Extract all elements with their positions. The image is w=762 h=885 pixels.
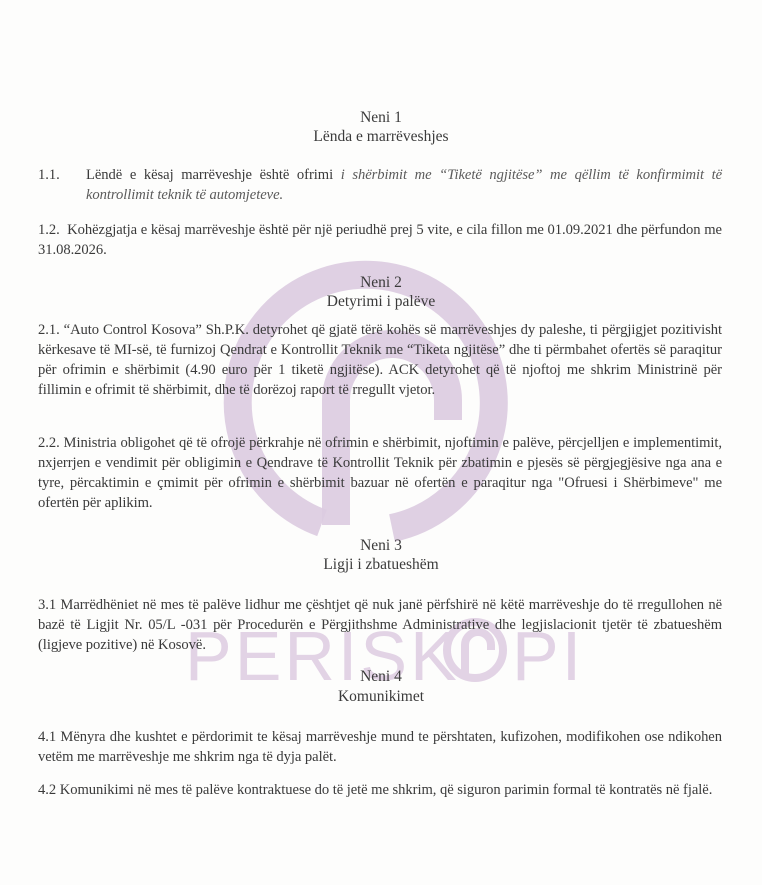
clause-text: “Auto Control Kosova” Sh.P.K. detyrohet … (38, 322, 722, 398)
clause-4-2: 4.2 Komunikimi në mes të palëve kontrakt… (38, 780, 722, 800)
clause-4-1: 4.1 Mënyra dhe kushtet e përdorimit te k… (38, 727, 722, 767)
clause-text: Lëndë e kësaj marrëveshje është ofrimi (86, 167, 341, 183)
clause-number: 2.1. (38, 322, 60, 338)
article-3-title: Ligji i zbatueshëm (0, 555, 762, 574)
clause-3-1: 3.1 Marrëdhëniet në mes të palëve lidhur… (38, 595, 722, 655)
article-1-title: Lënda e marrëveshjes (0, 127, 762, 146)
clause-text: Ministria obligohet që të ofrojë përkrah… (38, 435, 722, 511)
clause-number: 4.2 (38, 782, 56, 798)
clause-2-1: 2.1. “Auto Control Kosova” Sh.P.K. detyr… (38, 320, 722, 400)
clause-2-2: 2.2. Ministria obligohet që të ofrojë pë… (38, 433, 722, 513)
clause-number: 1.2. (38, 222, 60, 238)
clause-text: Marrëdhëniet në mes të palëve lidhur me … (38, 597, 722, 653)
clause-1-2: 1.2. Kohëzgjatja e kësaj marrëveshje ësh… (38, 220, 722, 260)
clause-number: 1.1. (38, 165, 86, 185)
document-page: Neni 1 Lënda e marrëveshjes 1.1.Lëndë e … (0, 0, 762, 885)
article-3-number: Neni 3 (0, 536, 762, 555)
clause-text: Komunikimi në mes të palëve kontraktuese… (60, 782, 713, 798)
article-2-title: Detyrimi i palëve (0, 292, 762, 311)
article-4-title: Komunikimet (0, 687, 762, 706)
article-1-number: Neni 1 (0, 108, 762, 127)
clause-text: Mënyra dhe kushtet e përdorimit te kësaj… (38, 729, 722, 765)
clause-text: Kohëzgjatja e kësaj marrëveshje është pë… (38, 222, 722, 258)
clause-number: 4.1 (38, 729, 56, 745)
clause-number: 3.1 (38, 597, 56, 613)
clause-number: 2.2. (38, 435, 60, 451)
article-2-number: Neni 2 (0, 273, 762, 292)
clause-1-1: 1.1.Lëndë e kësaj marrëveshje është ofri… (38, 165, 722, 205)
article-4-number: Neni 4 (0, 667, 762, 686)
